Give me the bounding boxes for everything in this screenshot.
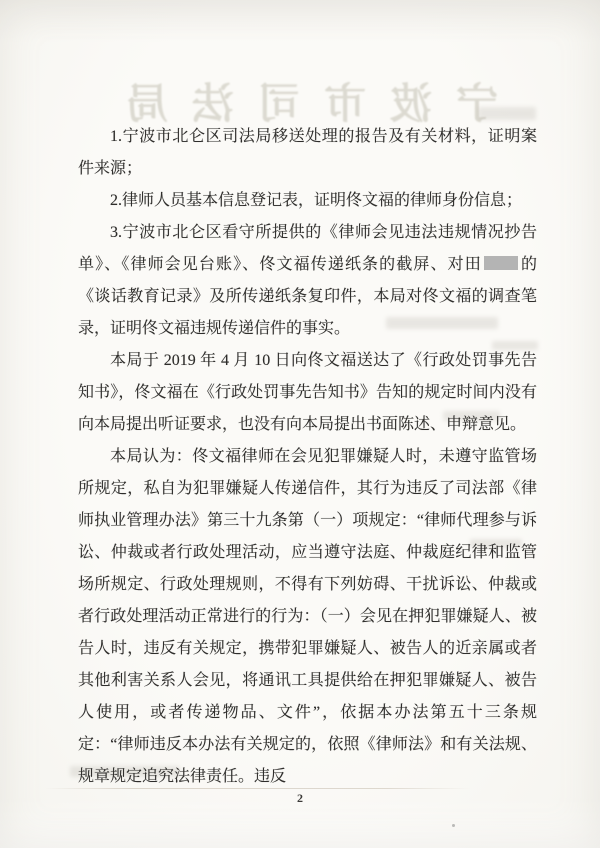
scanned-document-page: 宁波市司法局 1.宁波市北仑区司法局移送处理的报告及有关材料，证明案件来源； 2…	[0, 0, 600, 848]
redaction-box	[484, 256, 518, 270]
paragraph-evidence-detention-house-text-before: 3.宁波市北仑区看守所提供的《律师会见违法违规情况抄告单》、《律师会见台账》、佟…	[78, 224, 537, 273]
paragraph-evidence-detention-house: 3.宁波市北仑区看守所提供的《律师会见违法违规情况抄告单》、《律师会见台账》、佟…	[78, 217, 537, 345]
bleed-through-smudge	[478, 107, 536, 120]
paragraph-prior-notification: 本局于 2019 年 4 月 10 日向佟文福送达了《行政处罚事先告知书》，佟文…	[78, 345, 537, 441]
scan-artifact-line	[45, 788, 470, 789]
paragraph-evidence-case-source: 1.宁波市北仑区司法局移送处理的报告及有关材料，证明案件来源；	[78, 121, 537, 185]
document-body: 1.宁波市北仑区司法局移送处理的报告及有关材料，证明案件来源； 2.律师人员基本…	[78, 121, 537, 793]
paragraph-evidence-lawyer-registration: 2.律师人员基本信息登记表，证明佟文福的律师身份信息；	[78, 185, 537, 217]
scan-artifact-speck	[452, 824, 455, 827]
paragraph-bureau-findings: 本局认为：佟文福律师在会见犯罪嫌疑人时，未遵守监管场所规定，私自为犯罪嫌疑人传递…	[78, 441, 537, 793]
page-number: 2	[0, 791, 600, 806]
